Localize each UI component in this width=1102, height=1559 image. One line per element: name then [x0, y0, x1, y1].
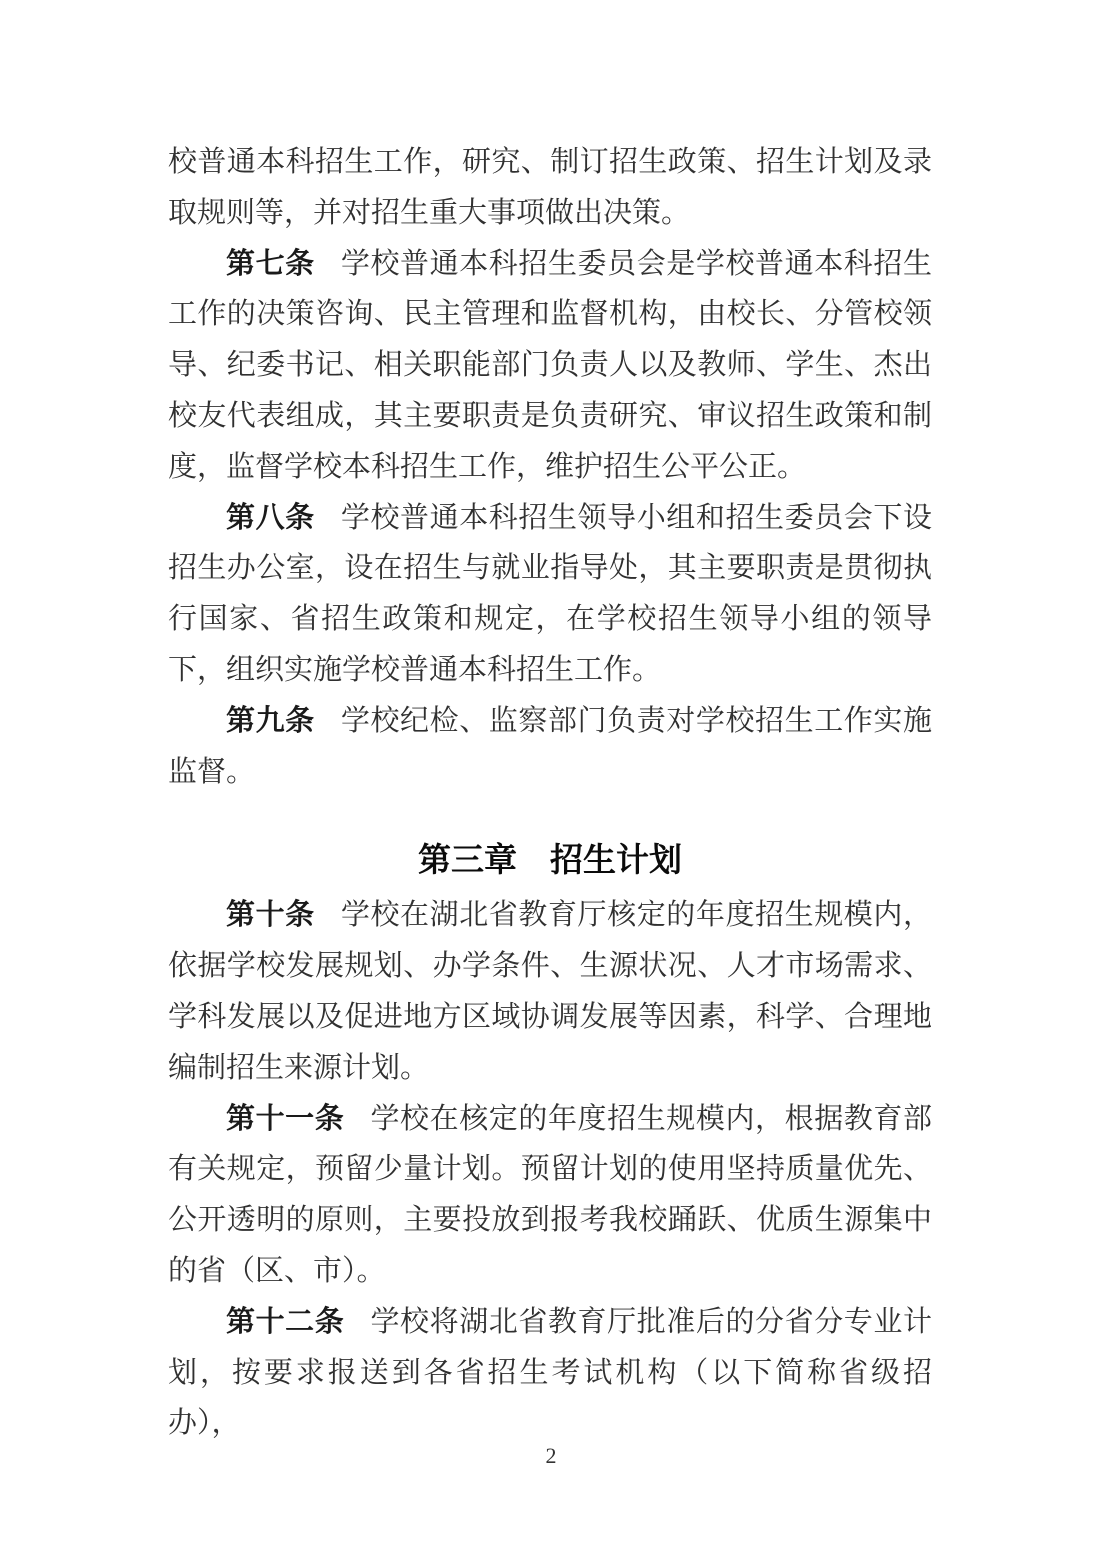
article-9-label: 第九条: [226, 705, 315, 737]
chapter-3-heading: 第三章 招生计划: [168, 830, 932, 890]
paragraph-continuation: 校普通本科招生工作，研究、制订招生政策、招生计划及录取规则等，并对招生重大事项做…: [168, 137, 932, 239]
article-7-text: 学校普通本科招生委员会是学校普通本科招生工作的决策咨询、民主管理和监督机构，由校…: [168, 248, 932, 483]
document-page: 校普通本科招生工作，研究、制订招生政策、招生计划及录取规则等，并对招生重大事项做…: [0, 0, 1102, 1559]
paragraph-article-12: 第十二条学校将湖北省教育厅批准后的分省分专业计划，按要求报送到各省招生考试机构（…: [168, 1297, 932, 1449]
paragraph-article-9: 第九条学校纪检、监察部门负责对学校招生工作实施监督。: [168, 696, 932, 798]
paragraph-article-10: 第十条学校在湖北省教育厅核定的年度招生规模内，依据学校发展规划、办学条件、生源状…: [168, 890, 932, 1093]
article-11-label: 第十一条: [226, 1103, 344, 1135]
article-8-label: 第八条: [226, 502, 315, 534]
article-7-label: 第七条: [226, 248, 315, 280]
article-10-label: 第十条: [226, 899, 315, 931]
paragraph-article-7: 第七条学校普通本科招生委员会是学校普通本科招生工作的决策咨询、民主管理和监督机构…: [168, 239, 932, 493]
page-number: 2: [0, 1442, 1102, 1470]
paragraph-article-8: 第八条学校普通本科招生领导小组和招生委员会下设招生办公室，设在招生与就业指导处，…: [168, 493, 932, 696]
paragraph-article-11: 第十一条学校在核定的年度招生规模内，根据教育部有关规定，预留少量计划。预留计划的…: [168, 1094, 932, 1297]
article-12-label: 第十二条: [226, 1306, 344, 1338]
document-body: 校普通本科招生工作，研究、制订招生政策、招生计划及录取规则等，并对招生重大事项做…: [168, 137, 932, 1449]
